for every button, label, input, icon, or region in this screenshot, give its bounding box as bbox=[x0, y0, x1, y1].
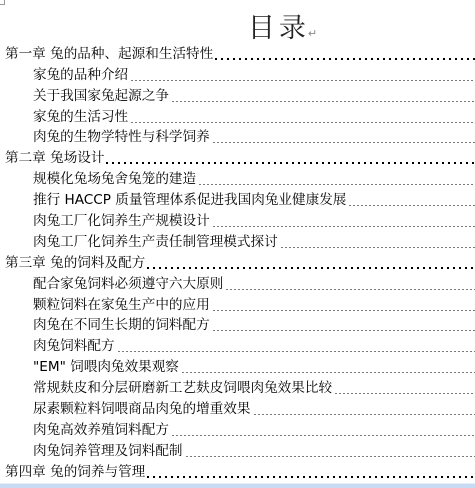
dot-leader bbox=[181, 359, 475, 376]
dot-leader bbox=[212, 213, 475, 230]
dot-leader bbox=[198, 171, 475, 188]
toc-label: 肉兔饲料配方 bbox=[33, 338, 116, 355]
dot-leader bbox=[106, 150, 475, 167]
toc-label: "EM" 饲喂肉兔效果观察 bbox=[33, 359, 180, 376]
toc-label: 第二章 兔场设计 bbox=[5, 150, 105, 167]
toc-item[interactable]: 肉兔的生物学特性与科学饲养 bbox=[0, 126, 475, 147]
toc-label: 第四章 兔的饲养与管理 bbox=[5, 464, 146, 481]
toc-item[interactable]: 推行 HACCP 质量管理体系促进我国肉兔业健康发展 bbox=[0, 188, 475, 209]
title-text: 目录 bbox=[248, 13, 310, 44]
toc-item[interactable]: 常规麸皮和分层研磨新工艺麸皮饲喂肉兔效果比较 bbox=[0, 376, 475, 397]
page-title: 目录↵ bbox=[0, 6, 475, 45]
toc-item[interactable]: 肉兔在不同生长期的饲料配方 bbox=[0, 314, 475, 335]
toc-chapter-1[interactable]: 第一章 兔的品种、起源和生活特性 bbox=[0, 42, 475, 63]
toc-item[interactable]: 肉兔高效养殖饲料配方 bbox=[0, 418, 475, 439]
toc-item[interactable]: 规模化兔场兔舍兔笼的建造 bbox=[0, 167, 475, 188]
dot-leader bbox=[147, 255, 475, 272]
dot-leader bbox=[253, 401, 475, 418]
toc-label: 规模化兔场兔舍兔笼的建造 bbox=[33, 171, 197, 188]
toc-label: 肉兔工厂化饲养生产责任制管理模式探讨 bbox=[33, 234, 279, 251]
dot-leader bbox=[348, 192, 475, 209]
toc-chapter-3[interactable]: 第三章 兔的饲料及配方 bbox=[0, 251, 475, 272]
toc-item[interactable]: 尿素颗粒料饲喂商品肉兔的增重效果 bbox=[0, 397, 475, 418]
toc-label: 家兔的生活习性 bbox=[33, 109, 129, 126]
toc-item[interactable]: 家兔的生活习性 bbox=[0, 105, 475, 126]
toc-item[interactable]: "EM" 饲喂肉兔效果观察 bbox=[0, 355, 475, 376]
toc-label: 肉兔在不同生长期的饲料配方 bbox=[33, 317, 211, 334]
toc-label: 颗粒饲料在家兔生产中的应用 bbox=[33, 297, 211, 314]
toc-item[interactable]: 关于我国家兔起源之争 bbox=[0, 84, 475, 105]
toc-label: 常规麸皮和分层研磨新工艺麸皮饲喂肉兔效果比较 bbox=[33, 380, 333, 397]
toc-item[interactable]: 肉兔饲养管理及饲料配制 bbox=[0, 439, 475, 460]
dot-leader bbox=[185, 443, 475, 460]
dot-leader bbox=[215, 46, 475, 63]
table-of-contents: 第一章 兔的品种、起源和生活特性 家兔的品种介绍 关于我国家兔起源之争 家兔的生… bbox=[0, 42, 475, 481]
toc-chapter-4[interactable]: 第四章 兔的饲养与管理 bbox=[0, 460, 475, 481]
toc-item[interactable]: 肉兔工厂化饲养生产规模设计 bbox=[0, 209, 475, 230]
page-corner-mark bbox=[0, 0, 5, 5]
toc-item[interactable]: 颗粒饲料在家兔生产中的应用 bbox=[0, 293, 475, 314]
dot-leader bbox=[225, 276, 475, 293]
toc-label: 第一章 兔的品种、起源和生活特性 bbox=[5, 46, 214, 63]
toc-item[interactable]: 配合家兔饲料必须遵守六大原则 bbox=[0, 272, 475, 293]
dot-leader bbox=[130, 67, 475, 84]
toc-label: 肉兔的生物学特性与科学饲养 bbox=[33, 129, 211, 146]
dot-leader bbox=[212, 129, 475, 146]
toc-chapter-2[interactable]: 第二章 兔场设计 bbox=[0, 146, 475, 167]
toc-label: 关于我国家兔起源之争 bbox=[33, 88, 170, 105]
dot-leader bbox=[171, 422, 475, 439]
toc-label: 家兔的品种介绍 bbox=[33, 67, 129, 84]
toc-label: 肉兔饲养管理及饲料配制 bbox=[33, 443, 184, 460]
dot-leader bbox=[280, 234, 475, 251]
toc-label: 尿素颗粒料饲喂商品肉兔的增重效果 bbox=[33, 401, 252, 418]
toc-label: 推行 HACCP 质量管理体系促进我国肉兔业健康发展 bbox=[33, 192, 347, 209]
dot-leader bbox=[130, 109, 475, 126]
toc-label: 配合家兔饲料必须遵守六大原则 bbox=[33, 276, 224, 293]
dot-leader bbox=[212, 297, 475, 314]
toc-item[interactable]: 肉兔饲料配方 bbox=[0, 334, 475, 355]
dot-leader bbox=[117, 338, 475, 355]
toc-label: 肉兔工厂化饲养生产规模设计 bbox=[33, 213, 211, 230]
paragraph-mark-icon: ↵ bbox=[308, 27, 317, 40]
toc-item[interactable]: 家兔的品种介绍 bbox=[0, 63, 475, 84]
toc-item[interactable]: 肉兔工厂化饲养生产责任制管理模式探讨 bbox=[0, 230, 475, 251]
toc-label: 肉兔高效养殖饲料配方 bbox=[33, 422, 170, 439]
dot-leader bbox=[147, 464, 475, 481]
dot-leader bbox=[171, 88, 475, 105]
window-bottom-edge bbox=[0, 483, 475, 488]
toc-label: 第三章 兔的饲料及配方 bbox=[5, 255, 146, 272]
dot-leader bbox=[334, 380, 475, 397]
dot-leader bbox=[212, 317, 475, 334]
